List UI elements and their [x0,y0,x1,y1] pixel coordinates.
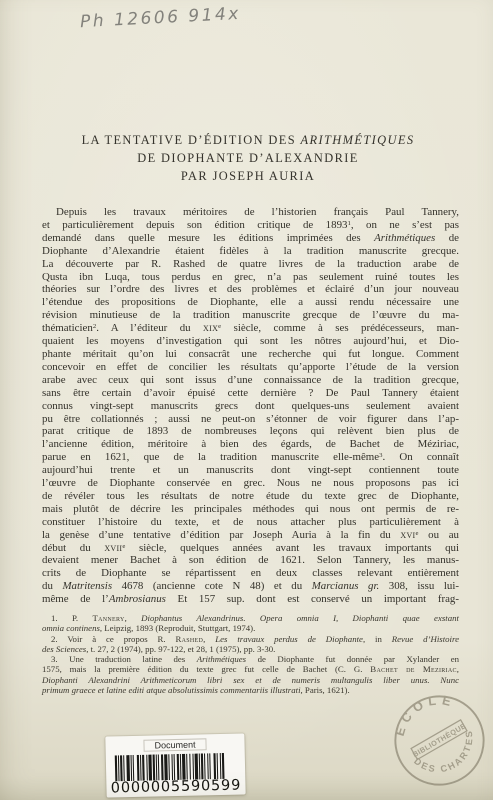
text-line: la genèse d’une tentative d’édition par … [42,529,459,542]
text-line: crits de Diophante se répartissent en de… [42,567,459,580]
text-line: des Sciences, t. 27, 2 (1974), pp. 97-12… [42,644,459,654]
text-line: et particulièrement depuis son édition c… [42,219,459,232]
page-title: LA TENTATIVE D’ÉDITION DES ARITHMÉTIQUES… [38,131,458,185]
footnotes: 1. P. Tannery, Diophantus Alexandrinus. … [42,613,459,695]
handwritten-shelfmark: Ph 12606 914x [80,4,242,32]
text-line: devaient mener Bachet à son édition de 1… [42,554,459,567]
text-line: constituer l’histoire du texte, et de no… [42,516,459,529]
barcode-number: 0000005590599 [106,777,245,796]
text-line: quaient les moyens d’investigation qui s… [42,335,459,348]
text-line: DE DIOPHANTE D’ALEXANDRIE [38,149,458,167]
text-line: LA TENTATIVE D’ÉDITION DES ARITHMÉTIQUES [38,131,458,149]
text-line: mais plutôt de décrire les principales m… [42,503,459,516]
text-line: aujourd’hui trente et un manuscrits dont… [42,464,459,477]
scanned-document-page: Ph 12606 914x LA TENTATIVE D’ÉDITION DES… [0,0,493,800]
text-line: du Matritensis 4678 (ancienne cote N 48)… [42,580,459,593]
text-line: début du xviie siècle, quelques années a… [42,542,459,555]
text-line: l’œuvre de Diophante conservée en grec. … [42,477,459,490]
text-line: omnia continens, Leipzig, 1893 (Reprodui… [42,623,459,633]
text-line: l’ancienne édition, méritoire à bien des… [42,438,459,451]
text-line: arabe avec ceux qui sont issus d’une con… [42,374,459,387]
text-line: l’étendue des propositions de Diophante,… [42,296,459,309]
text-line: parue en 1621, que de la tradition manus… [42,451,459,464]
barcode-label: Document 0000005590599 [105,733,245,797]
text-line: La découverte par R. Rashed de quatre li… [42,258,459,271]
text-line: Diophanti Alexandrini Arithmeticorum lib… [42,675,459,685]
text-line: théories sur l’ordre des livres et des p… [42,283,459,296]
text-line: connus vingt-sept manuscrits grecs dont … [42,400,459,413]
text-line: Diophante d’Alexandrie étaient fidèles à… [42,245,459,258]
text-line: pu être collationnés ; aussi ne peut-on … [42,413,459,426]
text-line: 1575, mais la première édition du texte … [42,664,459,674]
text-line: parat critique de 1893 de nombreuses leç… [42,425,459,438]
text-line: même de l’Ambrosianus Et 157 sup. dont e… [42,593,459,606]
text-line: thématicien2. A l’éditeur du xixe siècle… [42,322,459,335]
text-line: sans être certain d’avoir épuisé cette d… [42,387,459,400]
text-line: révision minutieuse de la tradition manu… [42,309,459,322]
barcode-caption: Document [143,738,206,751]
body-paragraph: Depuis les travaux méritoires de l’histo… [42,206,459,606]
text-line: demandé dans quelle mesure les éditions … [42,232,459,245]
text-line: PAR JOSEPH AURIA [38,167,458,185]
library-stamp-icon: ECOLE BIBLIOTHÈQUE DES CHARTES [391,692,488,789]
text-line: 2. Voir à ce propos R. Rashed, Les trava… [42,634,459,644]
text-line: concevoir en effet de concilier les résu… [42,361,459,374]
text-line: 1. P. Tannery, Diophantus Alexandrinus. … [42,613,459,623]
text-line: phante méritait qu’on lui consacrât une … [42,348,459,361]
text-line: Depuis les travaux méritoires de l’histo… [42,206,459,219]
text-line: 3. Une traduction latine des Arithmétiqu… [42,654,459,664]
text-line: Qusta ibn Luqa, tous perdus en grec, n’a… [42,271,459,284]
text-line: de révéler tous les résultats de notre é… [42,490,459,503]
